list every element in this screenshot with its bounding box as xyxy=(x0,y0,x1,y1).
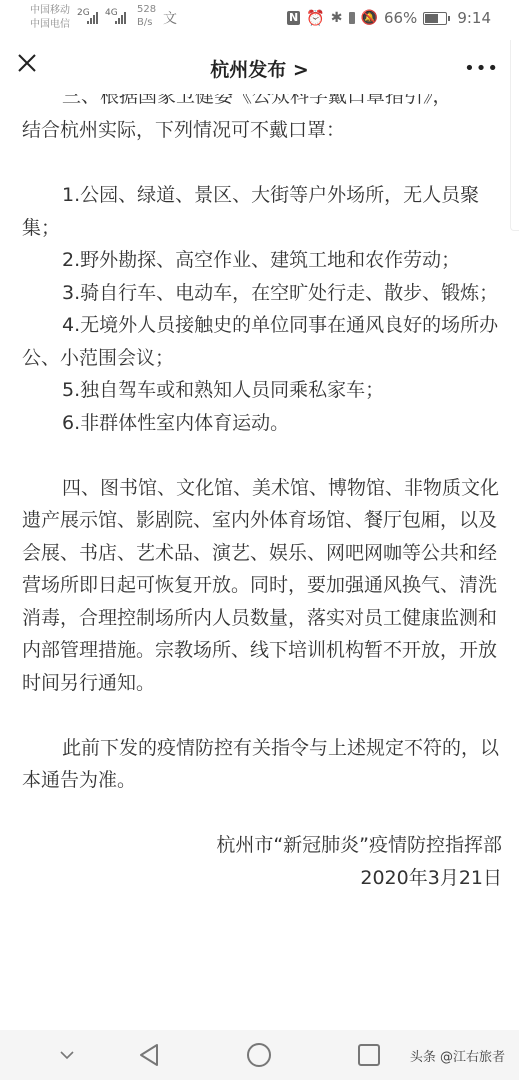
article-body: 结合杭州实际，下列情况可不戴口罩： 1.公园、绿道、景区、大街等户外场所，无人员… xyxy=(22,114,502,894)
translate-icon: 文 xyxy=(163,8,177,28)
exemption-item-5: 5.独自驾车或和熟知人员同乘私家车； xyxy=(22,374,502,407)
chevron-down-icon xyxy=(59,1050,75,1060)
sim2-signal-icon xyxy=(115,12,126,24)
account-title-link[interactable]: 杭州发布 > xyxy=(0,55,519,82)
network-speed: 528 B/s xyxy=(137,3,156,29)
issue-date: 2020年3月21日 xyxy=(22,862,502,895)
mask-exemption-intro: 结合杭州实际，下列情况可不戴口罩： xyxy=(22,114,502,147)
carrier-names: 中国移动 中国电信 xyxy=(30,4,70,32)
nfc-icon: N xyxy=(287,11,300,25)
bluetooth-icon: ✱ xyxy=(331,10,343,26)
status-icons: N ⏰ ✱ 🔕 66% 9:14 xyxy=(287,9,491,27)
recents-square-icon xyxy=(357,1043,381,1067)
recents-button[interactable] xyxy=(356,1040,382,1070)
sim1-signal-icon xyxy=(87,12,98,24)
exemption-item-2: 2.野外勘探、高空作业、建筑工地和农作劳动； xyxy=(22,244,502,277)
status-bar: 中国移动 中国电信 2G 4G 528 B/s 文 N ⏰ ✱ 🔕 66% 9:… xyxy=(0,0,519,40)
watermark: 头条 @江右旅者 xyxy=(410,1046,505,1065)
battery-icon xyxy=(423,12,447,25)
exemption-item-3: 3.骑自行车、电动车，在空旷处行走、散步、锻炼； xyxy=(22,277,502,310)
exemption-item-6: 6.非群体性室内体育运动。 xyxy=(22,407,502,440)
more-options-button[interactable]: ••• xyxy=(464,58,499,79)
closing-paragraph: 此前下发的疫情防控有关指令与上述规定不符的，以本通告为准。 xyxy=(22,732,502,797)
system-nav-bar: 头条 @江右旅者 xyxy=(0,1030,519,1080)
carrier-1: 中国移动 xyxy=(30,4,70,18)
issuer-signature: 杭州市“新冠肺炎”疫情防控指挥部 xyxy=(22,829,502,862)
carrier-2: 中国电信 xyxy=(30,18,70,32)
back-triangle-icon xyxy=(139,1043,159,1067)
battery-percent: 66% xyxy=(384,9,417,27)
home-button[interactable] xyxy=(245,1040,273,1070)
collapse-nav-button[interactable] xyxy=(55,1040,79,1070)
app-header: 杭州发布 > ••• xyxy=(0,40,519,94)
mute-icon: 🔕 xyxy=(361,10,378,26)
home-circle-icon xyxy=(246,1042,272,1068)
clipped-paragraph-line: 三、根据国家卫健委《公众科学戴口罩指引》， xyxy=(22,94,502,108)
clock: 9:14 xyxy=(457,9,491,27)
exemption-item-4: 4.无境外人员接触史的单位同事在通风良好的场所办公、小范围会议； xyxy=(22,309,502,374)
alarm-icon: ⏰ xyxy=(306,9,325,27)
article-content[interactable]: 三、根据国家卫健委《公众科学戴口罩指引》， 结合杭州实际，下列情况可不戴口罩： … xyxy=(0,94,519,1030)
section-four-paragraph: 四、图书馆、文化馆、美术馆、博物馆、非物质文化遗产展示馆、影剧院、室内外体育场馆… xyxy=(22,472,502,700)
vibrate-icon xyxy=(349,12,355,24)
network-speed-value: 528 xyxy=(137,3,156,16)
back-button[interactable] xyxy=(136,1040,162,1070)
exemption-item-1: 1.公园、绿道、景区、大街等户外场所，无人员聚集； xyxy=(22,179,502,244)
network-speed-unit: B/s xyxy=(137,16,156,29)
